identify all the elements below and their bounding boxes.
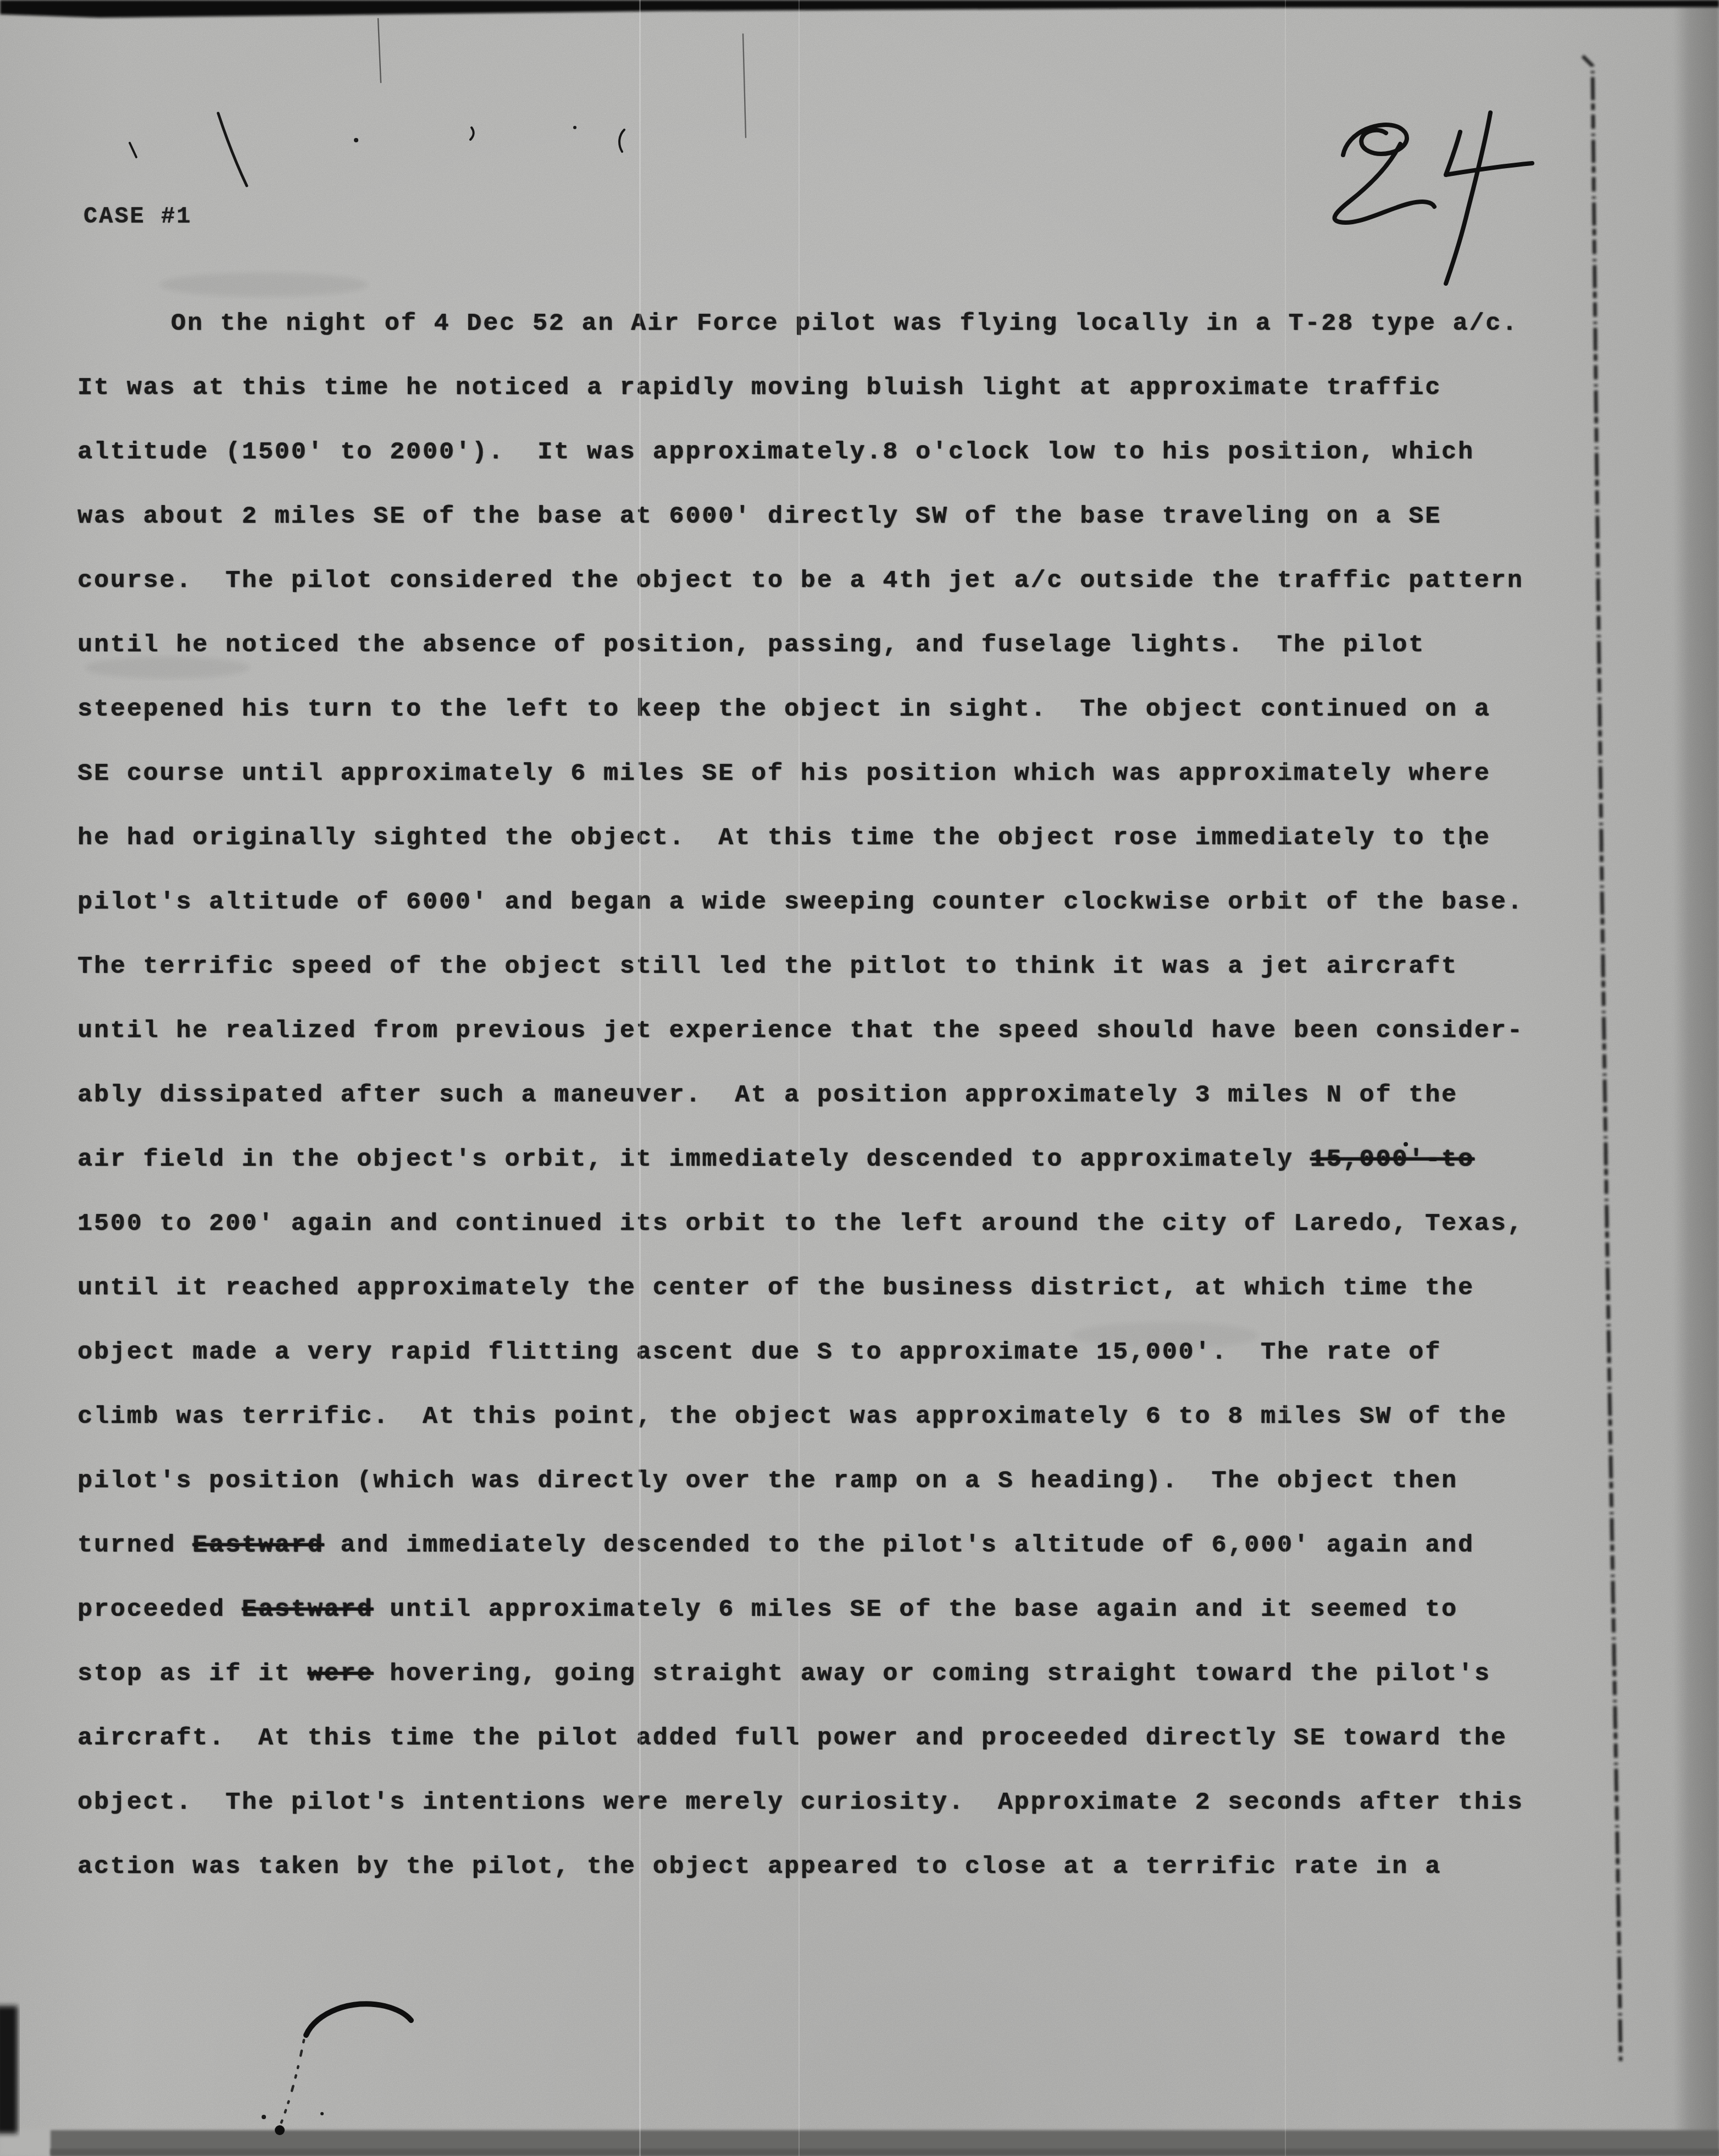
left-corner-strip xyxy=(0,2006,18,2133)
document-page: CASE #1 On the night of 4 Dec 52 an Air … xyxy=(0,0,1719,2156)
ink-dot xyxy=(262,2115,266,2119)
scanner-streak xyxy=(1285,0,1286,2156)
smudge xyxy=(1072,1322,1258,1349)
ink-dot xyxy=(320,2112,324,2115)
speck-dot xyxy=(573,126,576,129)
speck-dot xyxy=(354,138,358,142)
ink-blob xyxy=(275,2125,285,2135)
scanner-streak xyxy=(798,0,800,2156)
speck-dot xyxy=(1404,1142,1408,1146)
scanner-streak xyxy=(639,0,641,2156)
bottom-edge-band-dark xyxy=(51,2149,1719,2156)
film-grain xyxy=(0,0,1719,2156)
scan-artifacts xyxy=(0,0,1719,2156)
smudge xyxy=(159,273,368,297)
smudge xyxy=(85,657,250,679)
speck-dot xyxy=(1461,844,1465,849)
